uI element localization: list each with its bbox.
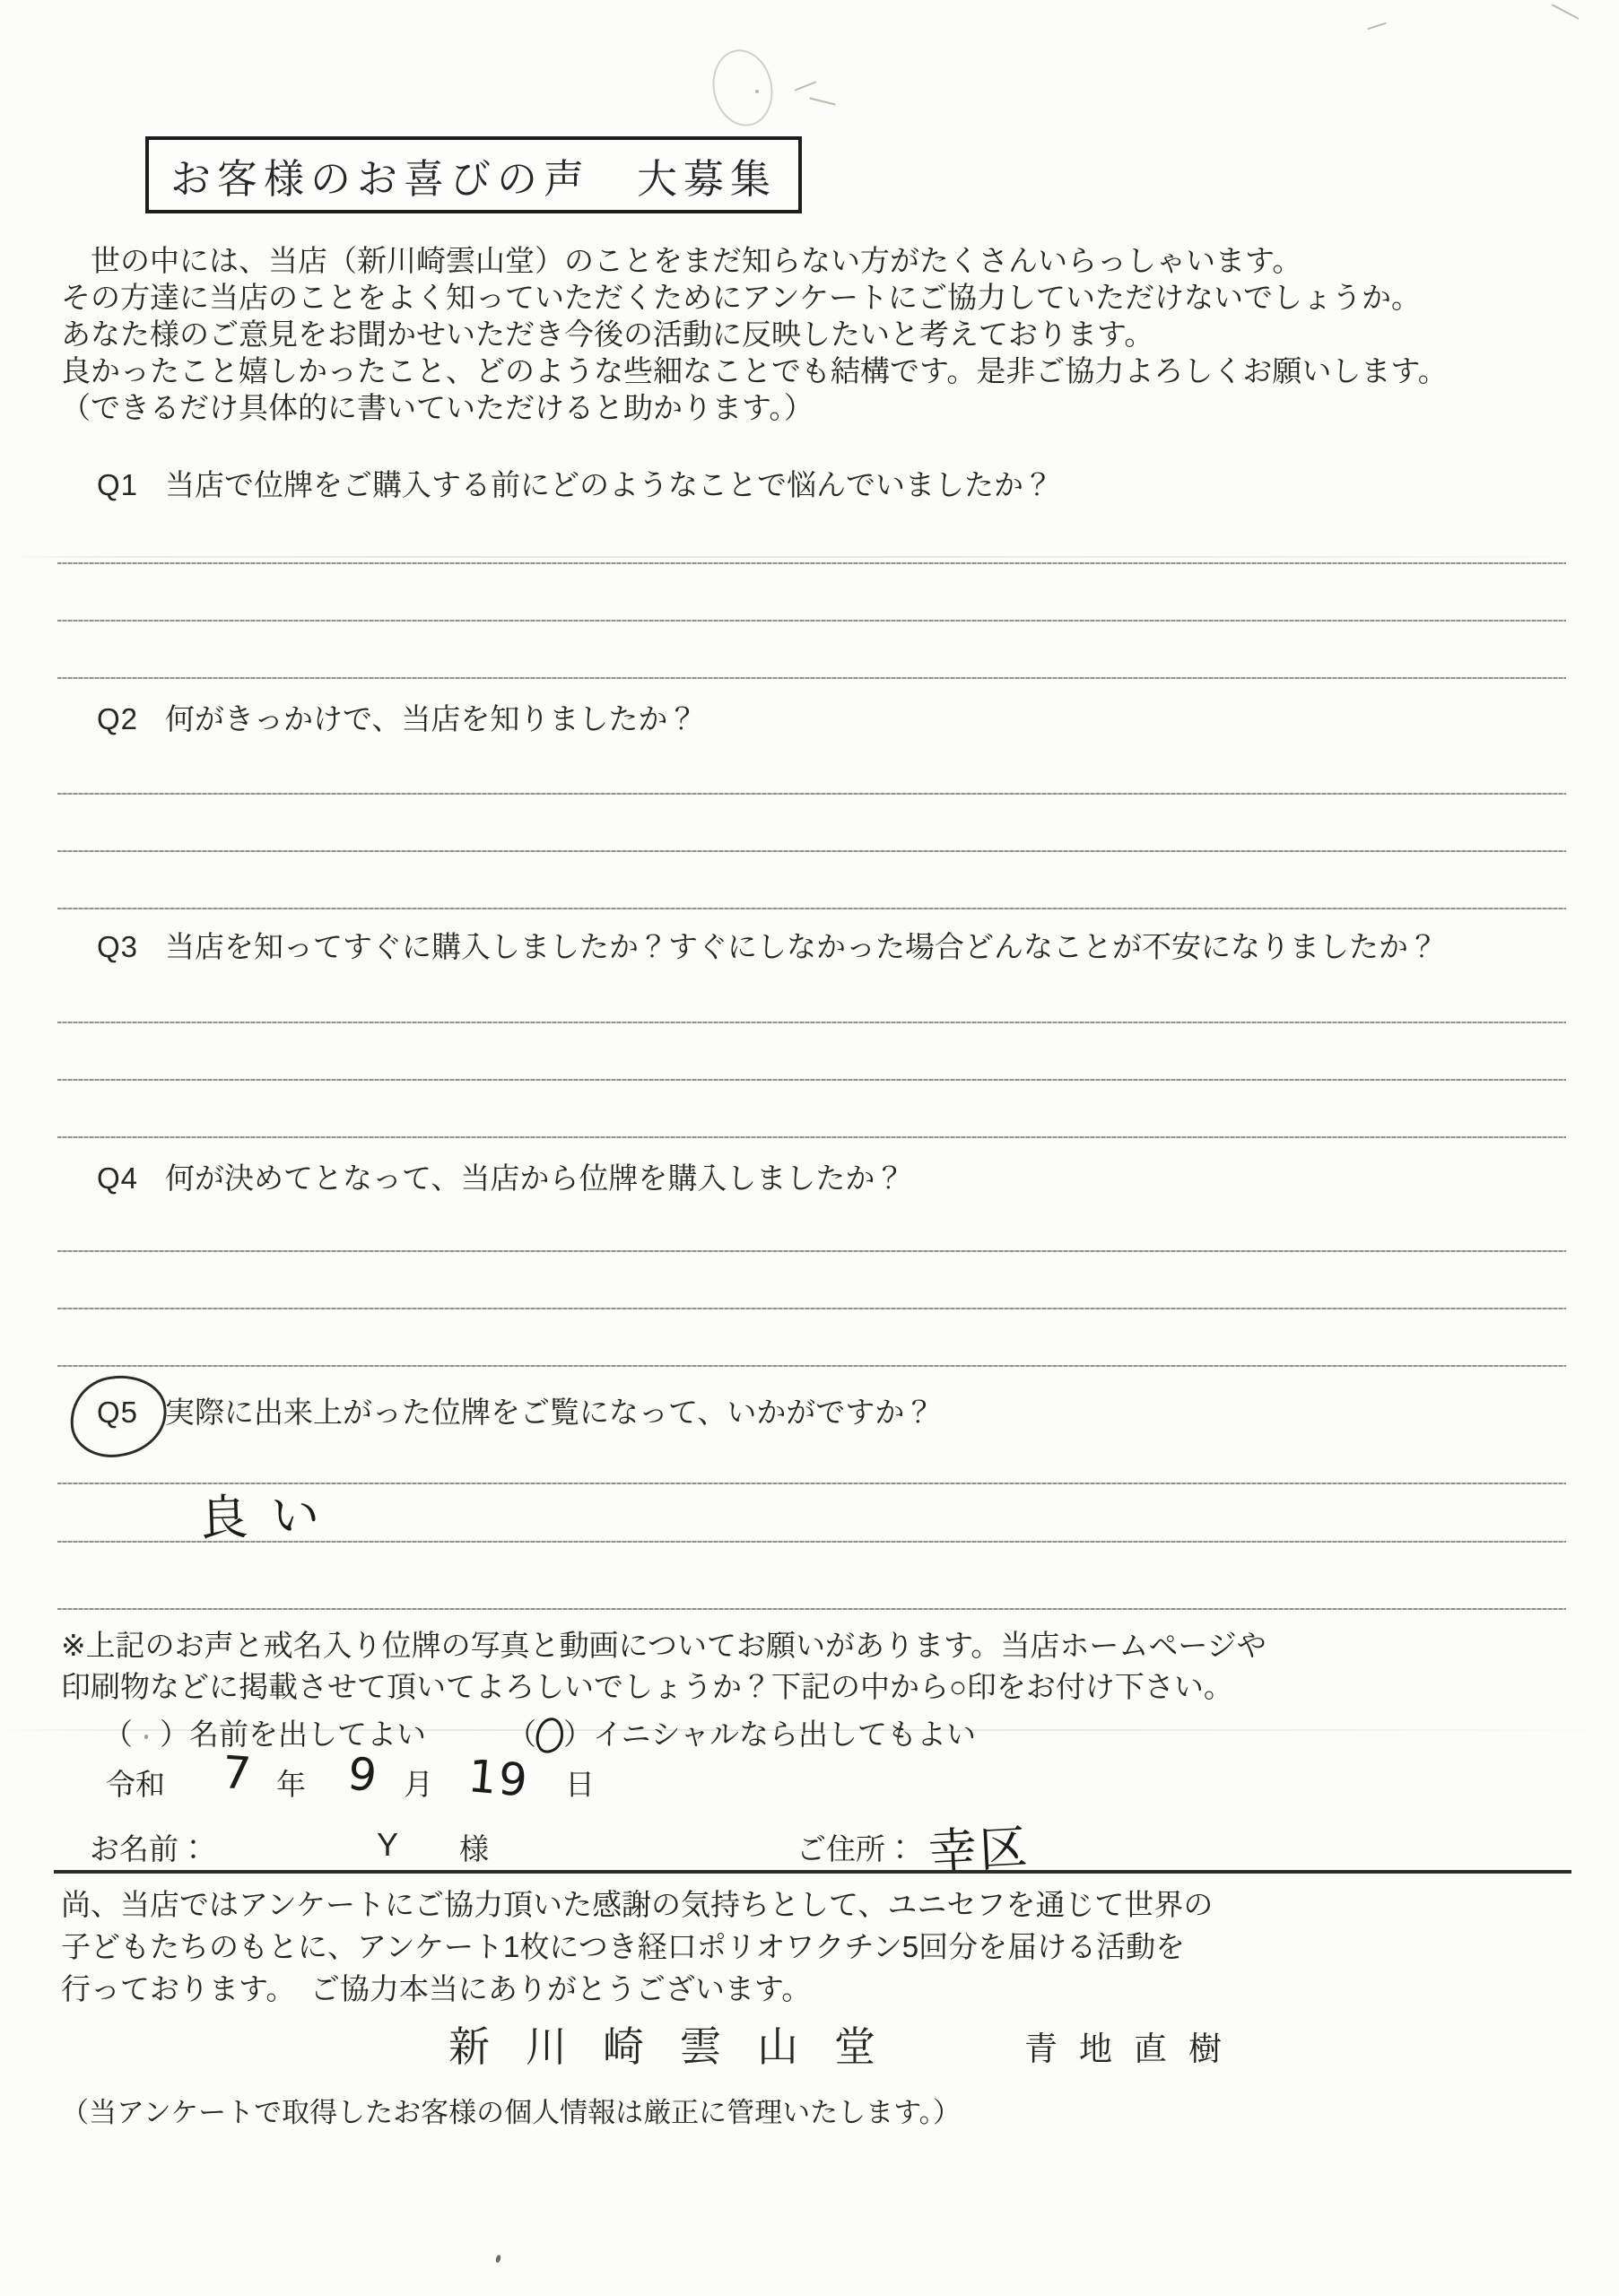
era-label: 令和 bbox=[106, 1761, 165, 1804]
scan-artifact-speck bbox=[495, 2254, 502, 2263]
permission-note-line: ※上記のお声と戒名入り位牌の写真と動画についてお願いがあります。当店ホームページ… bbox=[61, 1625, 1266, 1666]
question-label-text: Q1 bbox=[97, 468, 138, 501]
scan-artifact-scratch bbox=[1367, 22, 1387, 30]
handwritten-month: 9 bbox=[345, 1747, 380, 1802]
intro-line: その方達に当店のことをよく知っていただくためにアンケートにご協力していただけない… bbox=[61, 279, 1586, 316]
intro-line: 世の中には、当店（新川崎雲山堂）のことをまだ知らない方がたくさんいらっしゃいます… bbox=[61, 242, 1586, 279]
scan-artifact-scratch bbox=[809, 97, 836, 105]
date-row: 令和 7 年 9 月 19 日 bbox=[0, 1756, 1619, 1819]
option-initials-ok-mark-area bbox=[536, 1718, 563, 1755]
answer-line bbox=[57, 793, 1566, 795]
year-unit: 年 bbox=[276, 1761, 306, 1804]
question-label-text: Q4 bbox=[97, 1161, 138, 1195]
intro-paragraph: 世の中には、当店（新川崎雲山堂）のことをまだ知らない方がたくさんいらっしゃいます… bbox=[61, 242, 1586, 426]
question-q5-label: Q5 bbox=[97, 1396, 138, 1430]
month-unit: 月 bbox=[404, 1761, 433, 1804]
privacy-note: （当アンケートで取得したお客様の個人情報は厳正に管理いたします。） bbox=[61, 2090, 961, 2130]
question-q4-text: 何が決めてとなって、当店から位牌を購入しましたか？ bbox=[165, 1161, 904, 1195]
intro-line: （できるだけ具体的に書いていただけると助かります。） bbox=[61, 389, 1586, 426]
question-q1-text: 当店で位牌をご購入する前にどのようなことで悩んでいましたか？ bbox=[165, 468, 1053, 501]
question-q3-label: Q3 bbox=[97, 930, 138, 964]
answer-line bbox=[57, 850, 1566, 852]
answer-line bbox=[57, 908, 1566, 909]
answer-line bbox=[57, 620, 1566, 622]
footer-line: 行っております。 ご協力本当にありがとうございます。 bbox=[61, 1968, 1213, 2010]
page-title-text: お客様のお喜びの声 大募集 bbox=[170, 146, 777, 204]
question-q2: Q2何がきっかけで、当店を知りましたか？ bbox=[97, 696, 697, 738]
answer-line bbox=[57, 677, 1566, 679]
intro-line: あなた様のご意見をお聞かせいただき今後の活動に反映したいと考えております。 bbox=[61, 316, 1586, 352]
paren-open: （ bbox=[507, 1718, 536, 1751]
option-name-ok-mark-area bbox=[133, 1719, 160, 1753]
answer-line bbox=[57, 1136, 1566, 1138]
question-q2-label: Q2 bbox=[97, 702, 138, 736]
scan-artifact-ellipse bbox=[706, 44, 779, 132]
answer-line bbox=[57, 1541, 1566, 1543]
footer-paragraph: 尚、当店ではアンケートにご協力頂いた感謝の気持ちとして、ユニセフを通じて世界の … bbox=[61, 1883, 1213, 2010]
answer-line bbox=[57, 1608, 1566, 1610]
question-q1: Q1当店で位牌をご購入する前にどのようなことで悩んでいましたか？ bbox=[97, 462, 1053, 504]
question-label-text: Q2 bbox=[97, 702, 138, 735]
paren-open: （ bbox=[103, 1718, 133, 1751]
question-q3-text: 当店を知ってすぐに購入しましたか？すぐにしなかった場合どんなことが不安になりまし… bbox=[165, 930, 1438, 963]
name-value: Y bbox=[377, 1826, 398, 1864]
question-q4: Q4何が決めてとなって、当店から位牌を購入しましたか？ bbox=[97, 1155, 904, 1197]
footer-line: 尚、当店ではアンケートにご協力頂いた感謝の気持ちとして、ユニセフを通じて世界の bbox=[61, 1883, 1213, 1926]
representative-name: 青地直樹 bbox=[1024, 2022, 1243, 2070]
day-unit: 日 bbox=[565, 1761, 595, 1804]
answer-line bbox=[57, 1079, 1566, 1081]
answer-line bbox=[57, 1022, 1566, 1023]
q5-circle-mark bbox=[65, 1370, 171, 1462]
name-label: お名前： bbox=[90, 1826, 208, 1868]
question-q3: Q3当店を知ってすぐに購入しましたか？すぐにしなかった場合どんなことが不安になり… bbox=[97, 924, 1438, 966]
option-name-ok: （）名前を出してよい bbox=[103, 1711, 426, 1753]
answer-line bbox=[57, 562, 1566, 564]
handwritten-circle-mark bbox=[534, 1716, 566, 1755]
honorific-label: 様 bbox=[459, 1826, 489, 1868]
scanned-survey-document: { "document": { "title": "お客様のお喜びの声 大募集"… bbox=[0, 0, 1619, 2296]
question-q1-label: Q1 bbox=[97, 468, 138, 502]
paren-close: ） bbox=[563, 1718, 593, 1751]
option-initials-ok: （）イニシャルなら出してもよい bbox=[507, 1711, 976, 1755]
intro-line: 良かったこと嬉しかったこと、どのような些細なことでも結構です。是非ご協力よろしく… bbox=[61, 352, 1586, 389]
faint-dot-mark bbox=[144, 1735, 148, 1739]
page-title: お客様のお喜びの声 大募集 bbox=[145, 136, 802, 213]
answer-line bbox=[57, 1365, 1566, 1367]
option-initials-ok-label: イニシャルなら出してもよい bbox=[593, 1718, 976, 1751]
handwritten-day: 19 bbox=[466, 1750, 531, 1807]
handwritten-year: 7 bbox=[221, 1746, 253, 1800]
question-q4-label: Q4 bbox=[97, 1161, 138, 1196]
question-q5: Q5実際に出来上がった位牌をご覧になって、いかがですか？ bbox=[97, 1389, 934, 1431]
footer-line: 子どもたちのもとに、アンケート1枚につき経口ポリオワクチン5回分を届ける活動を bbox=[61, 1926, 1213, 1968]
permission-note: ※上記のお声と戒名入り位牌の写真と動画についてお願いがあります。当店ホームページ… bbox=[61, 1625, 1266, 1708]
paren-close: ） bbox=[160, 1718, 189, 1751]
scan-artifact-scratch bbox=[1552, 4, 1580, 20]
scan-artifact-dot bbox=[755, 90, 759, 93]
q5-handwritten-answer: 良い bbox=[198, 1475, 344, 1550]
paper-crease bbox=[0, 556, 1619, 558]
question-q5-text: 実際に出来上がった位牌をご覧になって、いかがですか？ bbox=[165, 1396, 934, 1429]
answer-line bbox=[57, 1308, 1566, 1309]
answer-line bbox=[57, 1250, 1566, 1252]
question-label-text: Q3 bbox=[97, 930, 138, 963]
scan-artifact-scratch bbox=[795, 81, 817, 91]
address-label: ご住所： bbox=[796, 1826, 915, 1868]
permission-note-line: 印刷物などに掲載させて頂いてよろしいでしょうか？下記の中から○印をお付け下さい。 bbox=[61, 1666, 1266, 1708]
question-q2-text: 何がきっかけで、当店を知りましたか？ bbox=[165, 702, 697, 735]
signature-underline bbox=[54, 1870, 1571, 1874]
shop-name: 新川崎雲山堂 bbox=[448, 2014, 911, 2074]
